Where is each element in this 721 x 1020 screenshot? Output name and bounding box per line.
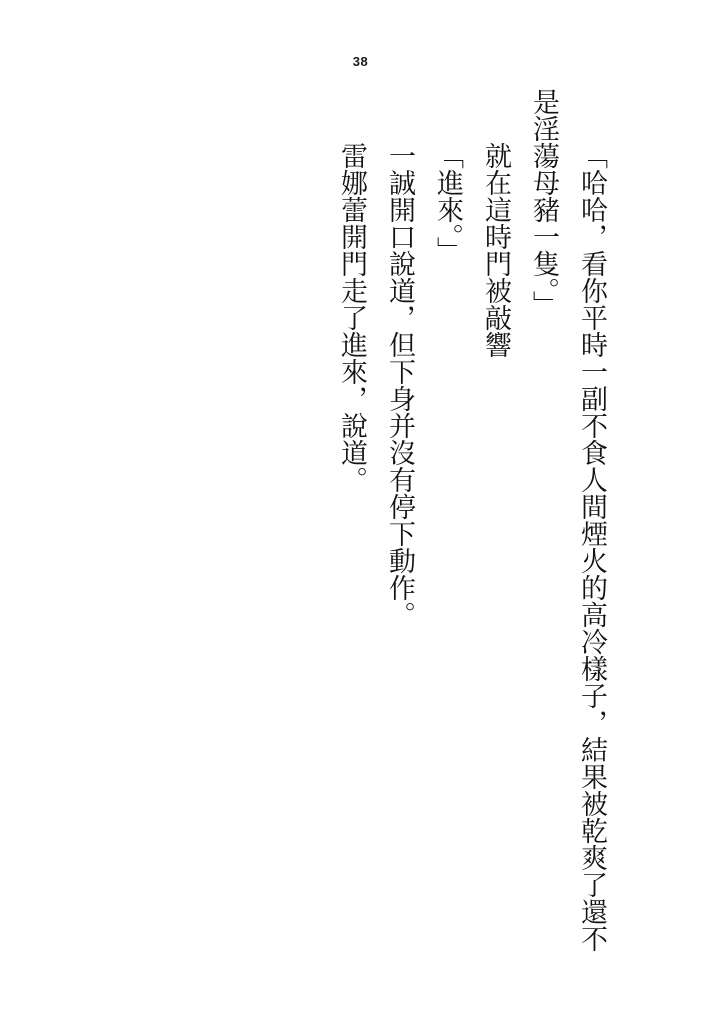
book-page: 38 「哈哈，看你平時一副不食人間煙火的高冷樣子，結果被乾爽了還不是淫蕩母豬一隻…: [0, 0, 721, 1020]
paragraph-dialogue-1: 「哈哈，看你平時一副不食人間煙火的高冷樣子，結果被乾爽了還不是淫蕩母豬一隻。」: [520, 88, 616, 958]
paragraph-narration-2: 一誠開口說道，但下身并沒有停下動作。: [376, 88, 424, 958]
page-number: 38: [0, 54, 721, 69]
paragraph-narration-1: 就在這時門被敲響: [472, 88, 520, 958]
vertical-text-block: 「哈哈，看你平時一副不食人間煙火的高冷樣子，結果被乾爽了還不是淫蕩母豬一隻。」 …: [328, 88, 616, 958]
paragraph-narration-3: 雷娜蕾開門走了進來，說道。: [328, 88, 376, 958]
paragraph-dialogue-2: 「進來。」: [424, 88, 472, 958]
